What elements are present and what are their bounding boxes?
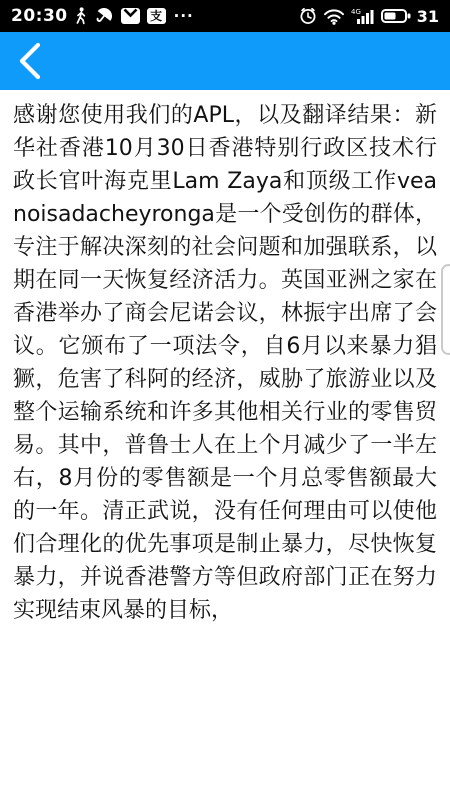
alarm-clock-icon: [299, 7, 317, 25]
signal-bars-icon: 4G: [351, 7, 375, 25]
translation-text: 感谢您使用我们的APL，以及翻译结果：新华社香港10月30日香港特别行政区技术行…: [0, 90, 450, 627]
status-bar: 20:30 支: [0, 0, 450, 32]
battery-percent: 31: [417, 7, 439, 26]
more-notifications-icon: ···: [174, 9, 194, 24]
phone-screen: 20:30 支: [0, 0, 450, 800]
mail-icon: [121, 8, 140, 24]
walking-person-icon: [75, 7, 87, 25]
app-header: [0, 32, 450, 90]
network-type-label: 4G: [351, 8, 361, 16]
scrollbar-thumb[interactable]: [441, 264, 450, 355]
back-button[interactable]: [16, 39, 50, 83]
wifi-icon: [323, 8, 345, 25]
umbrella-icon: [94, 7, 114, 25]
status-bar-left: 20:30 支: [11, 6, 194, 26]
alipay-icon: 支: [147, 8, 166, 24]
status-bar-right: 4G 31: [299, 7, 439, 26]
clock-time: 20:30: [11, 6, 68, 26]
chevron-left-icon: [16, 41, 42, 81]
battery-icon: [381, 8, 411, 24]
